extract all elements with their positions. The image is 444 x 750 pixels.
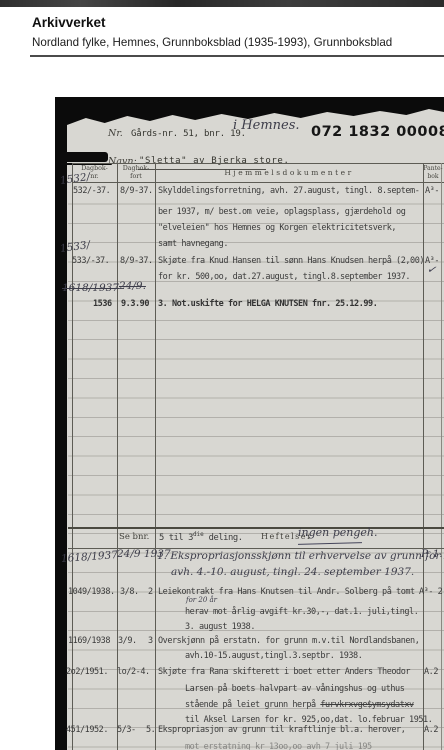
text-segment: fnr. 25.12.99. bbox=[307, 299, 377, 309]
bold-name: HELGA KNUTSEN bbox=[247, 299, 308, 309]
divider-row-top-border bbox=[68, 527, 444, 529]
deling-sup: die bbox=[193, 531, 204, 538]
heftelser-typed-entry: 2o2/1951. bbox=[66, 668, 108, 677]
heftelser-typed-entry: 3/8. bbox=[120, 588, 139, 597]
ruled-lines bbox=[68, 185, 444, 750]
hjemmel-typed-entry: 1536 bbox=[93, 300, 112, 309]
col-header-dagbokfort: Dagbok- bbox=[117, 166, 155, 172]
browser-top-bar bbox=[0, 0, 444, 7]
hjemmel-typed-entry: samt havnegang. bbox=[158, 240, 228, 249]
hjemmel-typed-entry: 9.3.90 bbox=[121, 300, 149, 309]
heftelser-typed-entry: 5/3- bbox=[117, 726, 136, 735]
col-header-pantebok-2: bok bbox=[423, 174, 443, 180]
deling-pre: 5 til 3 bbox=[159, 533, 193, 543]
heftelser-typed-entry: A.2 bbox=[424, 726, 438, 735]
hjemmel-typed-entry: ber 1937, m/ best.om veie, oplagsplass, … bbox=[158, 208, 405, 217]
heftelser-typed-entry: Overskjønn på erstatn. for grunn m.v.til… bbox=[158, 637, 419, 646]
hjemmel-typed-entry: for kr. 500,oo, dat.27.august, tingl.8.s… bbox=[158, 273, 410, 282]
heftelser-typed-entry: 3/9. bbox=[118, 637, 137, 646]
handwritten-place: i Hemnes. bbox=[233, 119, 300, 132]
deling-note: 5 til 3die deling. bbox=[159, 532, 243, 543]
hjemmel-typed-entry: "elveleien" hos Hemnes og Korgen elektri… bbox=[158, 224, 396, 233]
hjemmel-typed-entry: Skylddelingsforretning, avh. 27.august, … bbox=[158, 187, 419, 196]
col-divider-2 bbox=[155, 163, 156, 750]
heftelser-handwritten-entry: P. 1. bbox=[421, 549, 443, 560]
hjemmel-typed-entry: A³- bbox=[425, 187, 439, 196]
heftelser-typed-entry: mot erstatning kr 13oo,oo avh 7 juli 195 bbox=[185, 743, 372, 750]
nr-label: Nr. bbox=[108, 129, 123, 139]
heftelser-typed-entry: Ekspropriasjon av grunn til kraftlinje b… bbox=[158, 726, 405, 735]
hjemmel-typed-entry: Skjøte fra Knud Hansen til sønn Hans Knu… bbox=[158, 257, 424, 266]
heftelser-typed-entry: stående på leiet grunn herpå furvkrxvge$… bbox=[185, 701, 414, 710]
hjemmel-handwritten-entry: 24/9. bbox=[119, 281, 146, 292]
heftelser-typed-entry: 1049/1938. bbox=[68, 588, 115, 597]
table-top-border bbox=[72, 163, 444, 164]
heftelser-typed-entry: Larsen på boets halvpart av våningshus o… bbox=[185, 685, 404, 694]
header-divider bbox=[30, 55, 444, 57]
col-header-hjemmelsdokumenter: Hjemmelsdokumenter bbox=[155, 169, 423, 177]
heftelser-typed-entry: A³- 2 bbox=[419, 588, 442, 597]
struck-text: furvkrxvge$ymsydatxv bbox=[320, 700, 413, 710]
heftelser-typed-entry: 2 bbox=[148, 588, 153, 597]
table-header-separator bbox=[72, 182, 444, 183]
col-divider-3 bbox=[423, 163, 424, 750]
text-segment: 3. Not.uskifte for bbox=[158, 299, 247, 309]
col-header-pantebok: Pante- bbox=[423, 166, 443, 172]
heftelser-typed-entry: avh.10-15.august,tingl.3.septbr. 1938. bbox=[185, 652, 362, 661]
scanned-document: Nr. Gårds-nr. 51, bnr. 19. i Hemnes. 072… bbox=[55, 97, 444, 750]
se-bnr-label: Se bnr. bbox=[119, 533, 149, 542]
text-segment: stående på leiet grunn herpå bbox=[185, 700, 320, 710]
heftelser-typed-entry: Skjøte fra Rana skifterett i boet etter … bbox=[158, 668, 410, 677]
hjemmel-typed-entry: 533/-37. bbox=[72, 257, 109, 266]
stamp-number: 072 1832 000085 bbox=[311, 125, 444, 140]
heftelser-handwritten-note: ingen pengeh. bbox=[298, 527, 378, 538]
col-divider-1 bbox=[117, 163, 118, 750]
heftelser-typed-entry: 5. bbox=[146, 726, 155, 735]
heftelser-handwritten-entry: 1. Ekspropriasjonsskjønn til erhvervelse… bbox=[157, 551, 444, 562]
page-subtitle: Nordland fylke, Hemnes, Grunnboksblad (1… bbox=[32, 36, 392, 49]
heftelser-handwritten-entry: for 20 år bbox=[186, 597, 217, 604]
heftelser-handwritten-entry: avh. 4.-10. august, tingl. 24. september… bbox=[171, 567, 414, 578]
hjemmel-typed-entry: 8/9-37. bbox=[120, 257, 153, 266]
navn-value: "Sletta" av Bjerka store. bbox=[139, 157, 289, 166]
hjemmel-typed-entry: 8/9-37. bbox=[120, 187, 153, 196]
redaction-mark bbox=[60, 152, 108, 162]
table-right-border bbox=[441, 163, 442, 750]
heftelser-typed-entry: 451/1952. bbox=[66, 726, 108, 735]
col-header-dagbokfort-2: fort bbox=[117, 174, 155, 180]
heftelser-typed-entry: 3 bbox=[148, 637, 153, 646]
gaards-nr-value: Gårds-nr. 51, bnr. 19. bbox=[131, 130, 246, 139]
heftelser-typed-entry: lo/2-4. bbox=[117, 668, 150, 677]
hjemmel-typed-entry: 3. Not.uskifte for HELGA KNUTSEN fnr. 25… bbox=[158, 300, 377, 309]
deling-post: deling. bbox=[204, 533, 243, 543]
heftelser-typed-entry: herav mot årlig avgift kr.30,-, dat.1. j… bbox=[185, 608, 418, 617]
heftelser-typed-entry: 1169/1938 bbox=[68, 637, 110, 646]
heftelser-typed-entry: A.2 bbox=[424, 668, 438, 677]
page-title: Arkivverket bbox=[32, 15, 106, 30]
hjemmel-handwritten-entry: 1618/1937 bbox=[62, 283, 119, 294]
heftelser-typed-entry: til Aksel Larsen for kr. 925,oo,dat. lo.… bbox=[185, 716, 432, 725]
hjemmel-handwritten-entry: ✓ bbox=[426, 263, 437, 275]
hjemmel-typed-entry: 532/-37. bbox=[73, 187, 110, 196]
heftelser-typed-entry: 3. august 1938. bbox=[185, 623, 255, 632]
